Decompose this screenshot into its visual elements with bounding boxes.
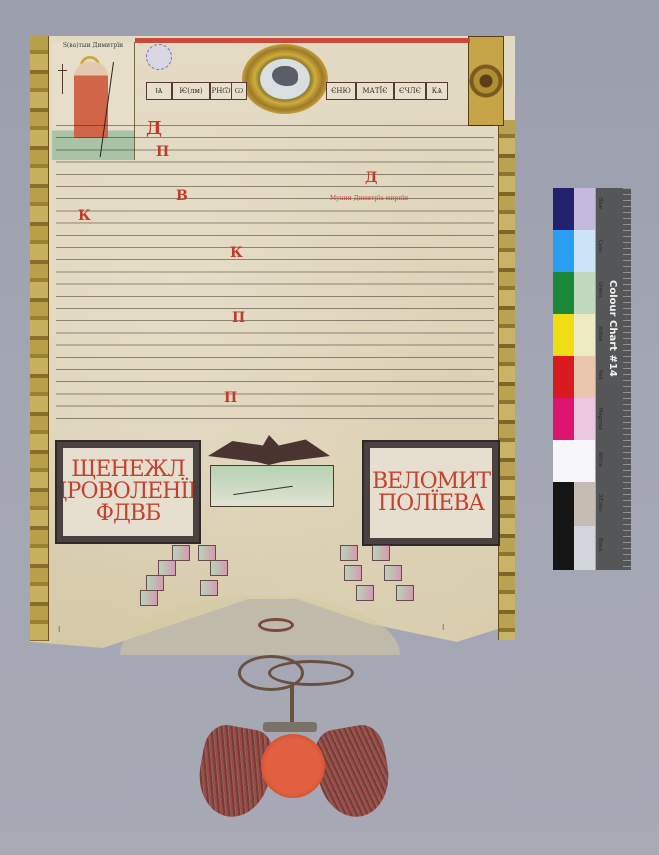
patch-red-light xyxy=(574,356,595,398)
patch-magenta-dark xyxy=(553,398,574,440)
initial-letter: Д xyxy=(365,170,377,186)
cord-loop xyxy=(268,660,354,686)
red-wax-seal xyxy=(261,734,325,798)
patch-label: White xyxy=(597,452,603,467)
patch-label: Cyan xyxy=(597,240,603,253)
ribbon-ornament xyxy=(344,565,362,581)
banner-segment: РНѾ xyxy=(210,82,232,100)
ribbon-ornament xyxy=(158,560,176,576)
patch-label: Red xyxy=(597,370,603,380)
library-stamp-icon xyxy=(146,44,172,70)
patch-blue-dark xyxy=(553,188,574,230)
initial-letter: П xyxy=(156,144,169,160)
red-top-border xyxy=(135,38,470,43)
ribbon-ornament xyxy=(172,545,190,561)
left-ornamental-border xyxy=(30,36,49,641)
left-frame-text: ЩЕНЕЖЛ ДРОВОЛЕНЇИ ФДВБ xyxy=(63,448,193,536)
patch-green-dark xyxy=(553,272,574,314)
initial-letter: К xyxy=(78,208,91,224)
patch-label: Yellow xyxy=(597,326,603,341)
patch-label: Green xyxy=(597,282,603,297)
cross-icon xyxy=(62,64,63,94)
patch-red-dark xyxy=(553,356,574,398)
patch-black-dark xyxy=(553,482,574,570)
banner-segment: ЄНЮ xyxy=(326,82,356,100)
patch-black-light xyxy=(574,526,595,570)
patch-yellow-dark xyxy=(553,314,574,356)
ribbon-ornament xyxy=(340,545,358,561)
ribbon-ornament xyxy=(356,585,374,601)
ribbon-ornament xyxy=(146,575,164,591)
saint-caption: Ѕ(ва)тыи Димитрїи xyxy=(52,42,134,49)
patch-white xyxy=(553,440,595,482)
banner-segment: КѦ xyxy=(426,82,448,100)
cord-strand xyxy=(290,685,294,723)
red-rubric: Мунии Димитрїа мирпїи xyxy=(330,195,408,202)
right-title-frame: ВЕЛОМИТ ПОЛЇЕВА xyxy=(362,440,500,546)
patch-yellow-light xyxy=(574,314,595,356)
ribbon-ornament xyxy=(372,545,390,561)
patch-blue-light xyxy=(574,188,595,230)
seal-case-lid xyxy=(263,722,317,732)
ribbon-ornament xyxy=(140,590,158,606)
patch-green-light xyxy=(574,272,595,314)
handwritten-text-body xyxy=(56,118,494,423)
ribbon-ornament xyxy=(198,545,216,561)
patch-label: Blue xyxy=(597,198,603,209)
gold-corner-ornament xyxy=(468,36,504,126)
ribbon-ornament xyxy=(384,565,402,581)
banner-segment: ЄЧЛЄ xyxy=(394,82,426,100)
initial-letter: П xyxy=(232,310,245,326)
initial-letter: П xyxy=(224,390,237,406)
right-ornamental-border xyxy=(498,120,515,640)
cord-loop xyxy=(258,618,294,632)
banner-segment: МАТЇЄ xyxy=(356,82,394,100)
patch-label: 3/Color xyxy=(597,494,603,512)
banner-segment: Ѩ xyxy=(146,82,172,100)
ribbon-ornament xyxy=(200,580,218,596)
patch-label: Magenta xyxy=(597,408,603,430)
ribbon-ornament xyxy=(210,560,228,576)
patch-cyan-light xyxy=(574,230,595,272)
bird-emblem-icon xyxy=(272,66,298,86)
colour-chart-title: Colour Chart #14 xyxy=(607,280,618,377)
patch-cyan-dark xyxy=(553,230,574,272)
patch-3color-light xyxy=(574,482,595,526)
banner-segment: Ѥ(лм) xyxy=(172,82,210,100)
patch-label: Black xyxy=(597,538,603,552)
initial-letter: В xyxy=(176,188,188,204)
initial-letter: Д xyxy=(146,118,162,139)
banner-segment: Ѡ xyxy=(231,82,247,100)
right-frame-text: ВЕЛОМИТ ПОЛЇЕВА xyxy=(370,448,492,538)
initial-letter: К xyxy=(230,245,243,261)
ribbon-ornament xyxy=(396,585,414,601)
patch-magenta-light xyxy=(574,398,595,440)
left-title-frame: ЩЕНЕЖЛ ДРОВОЛЕНЇИ ФДВБ xyxy=(55,440,201,544)
